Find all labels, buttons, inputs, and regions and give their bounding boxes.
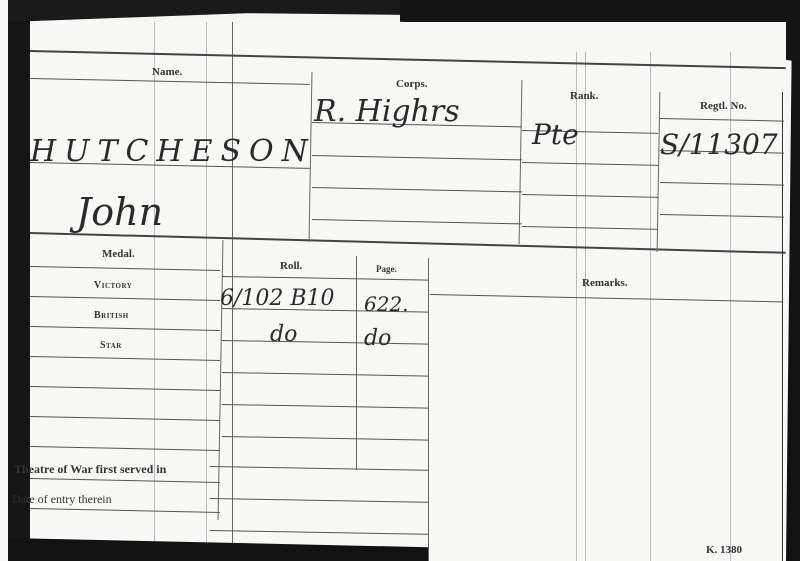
name-header-rule: [30, 78, 310, 85]
regtl-no-header: Regtl. No.: [700, 100, 747, 112]
page-right-border: [428, 258, 429, 561]
header-top-rule: [30, 50, 786, 69]
medal-rule: [30, 386, 220, 391]
rank-header: Rank.: [570, 90, 598, 102]
medal-rule: [30, 296, 220, 301]
medal-rule: [30, 478, 220, 483]
surname-entry: HUTCHESON: [30, 134, 316, 169]
roll-rule: [222, 404, 428, 409]
medal-header: Medal.: [102, 248, 135, 260]
form-number: K. 1380: [706, 544, 742, 556]
medal-rule: [30, 266, 220, 271]
section-divider: [30, 232, 786, 254]
corps-rule: [312, 187, 522, 192]
victory-page-entry: 622.: [364, 292, 409, 316]
roll-rule: [222, 436, 428, 441]
corps-rule: [312, 155, 522, 160]
guide-line: [585, 52, 586, 561]
corps-header: Corps.: [396, 78, 427, 90]
roll-rule: [210, 530, 428, 535]
medal-name-british: British: [94, 310, 129, 321]
corps-entry: R. Highrs: [314, 94, 460, 129]
rank-entry: Pte: [532, 118, 579, 151]
regtl-no-entry: S/11307: [660, 128, 778, 161]
roll-header: Roll.: [280, 260, 302, 272]
roll-rule: [210, 466, 428, 471]
medal-column-border: [218, 240, 224, 520]
roll-rule: [222, 372, 428, 377]
guide-line: [206, 22, 207, 561]
card-right-border: [782, 92, 783, 561]
forename-entry: John: [76, 190, 163, 234]
roll-rule: [210, 498, 428, 503]
guide-line: [650, 52, 651, 561]
british-roll-entry: do: [270, 322, 297, 347]
roll-rule: [222, 276, 428, 281]
date-entry-label: Date of entry therein: [12, 492, 112, 507]
medal-rule: [30, 326, 220, 331]
roll-rule: [222, 340, 428, 345]
medal-name-star: Star: [100, 340, 122, 351]
rank-rule: [522, 162, 658, 166]
name-header: Name.: [152, 66, 182, 78]
medal-rule: [30, 508, 220, 513]
regt-rule: [660, 182, 784, 186]
remarks-header: Remarks.: [582, 277, 628, 289]
rank-rule: [522, 226, 658, 230]
regt-rule: [660, 214, 784, 218]
medal-index-card: Name. Corps. Rank. Regtl. No. HUTCHESON …: [30, 22, 786, 561]
regt-rule: [660, 118, 784, 122]
medal-rule: [30, 446, 220, 451]
page-header: Page.: [376, 264, 397, 274]
rank-rule: [522, 194, 658, 198]
medal-name-victory: Victory: [94, 280, 132, 291]
corps-rule: [312, 219, 522, 224]
victory-roll-entry: 6/102 B10: [220, 286, 335, 311]
british-page-entry: do: [364, 326, 391, 351]
theatre-label: Theatre of War first served in: [14, 462, 166, 477]
medal-rule: [30, 416, 220, 421]
medal-rule: [30, 356, 220, 361]
